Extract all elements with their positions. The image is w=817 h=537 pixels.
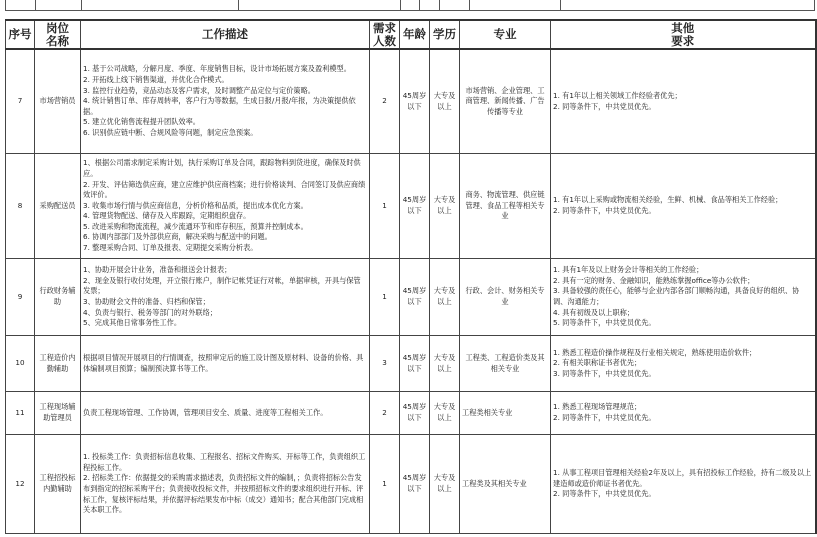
header-headcount: 需求 人数 [370,20,400,49]
row-position: 工程造价内勤辅助 [35,336,81,392]
row-description: 根据项目情况开展项目的行情调查，按照审定后的施工设计图及原材料、设备的价格、具体… [81,336,370,392]
row-age: 45周岁以下 [400,336,430,392]
row-headcount: 3 [370,336,400,392]
table-row: 10 工程造价内勤辅助 根据项目情况开展项目的行情调查，按照审定后的施工设计图及… [6,336,816,392]
table-row: 8 采购配送员 1、根据公司需求制定采购计划，执行采购订单及合同，跟踪物料到货进… [6,154,816,259]
row-description: 1. 投标类工作：负责招标信息收集、工程报名、招标文件购买、开标等工作，负责组织… [81,435,370,534]
table-row: 11 工程现场辅助管理员 负责工程现场管理、工作协调，管理项目安全、质量、进度等… [6,392,816,435]
row-age: 45周岁以下 [400,154,430,259]
job-requirements-table: 序号 岗位 名称 工作描述 需求 人数 年龄 学历 专业 其他 要求 7 市场营… [5,19,817,534]
row-major: 市场营销、企业管理、工商管理、新闻传播、广告传播等专业 [460,49,551,154]
row-major: 商务、物流管理、供应链管理、食品工程等相关专业 [460,154,551,259]
table-header-row: 序号 岗位 名称 工作描述 需求 人数 年龄 学历 专业 其他 要求 [6,20,816,49]
row-index: 8 [6,154,35,259]
row-index: 12 [6,435,35,534]
row-education: 大专及以上 [430,259,460,336]
row-major: 行政、会计、财务相关专业 [460,259,551,336]
row-index: 7 [6,49,35,154]
row-age: 45周岁以下 [400,49,430,154]
row-position: 行政财务辅助 [35,259,81,336]
row-other: 1. 熟悉工程现场管理规范； 2. 同等条件下，中共党员优先。 [551,392,816,435]
row-position: 采购配送员 [35,154,81,259]
header-major: 专业 [460,20,551,49]
header-description: 工作描述 [81,20,370,49]
row-other: 1. 具有1年及以上财务会计等相关的工作经验； 2. 具有一定的财务、金融知识，… [551,259,816,336]
table-row: 9 行政财务辅助 1、协助开展会计业务，准备和报送会计报表； 2、现金及银行收付… [6,259,816,336]
header-index: 序号 [6,20,35,49]
row-other: 1. 从事工程项目管理相关经验2年及以上，具有招投标工作经验，持有二级及以上建造… [551,435,816,534]
previous-page-row-fragment [5,0,815,11]
row-position: 工程招投标内勤辅助 [35,435,81,534]
header-position: 岗位 名称 [35,20,81,49]
row-age: 45周岁以下 [400,392,430,435]
row-education: 大专及以上 [430,336,460,392]
row-major: 工程类相关专业 [460,392,551,435]
row-index: 9 [6,259,35,336]
row-description: 1、根据公司需求制定采购计划，执行采购订单及合同，跟踪物料到货进度，确保及时供应… [81,154,370,259]
row-position: 工程现场辅助管理员 [35,392,81,435]
row-age: 45周岁以下 [400,435,430,534]
row-major: 工程类、工程造价类及其相关专业 [460,336,551,392]
header-age: 年龄 [400,20,430,49]
row-age: 45周岁以下 [400,259,430,336]
row-education: 大专及以上 [430,435,460,534]
row-other: 1. 有1年以上相关领域工作经验者优先； 2. 同等条件下，中共党员优先。 [551,49,816,154]
table-row: 7 市场营销员 1. 基于公司战略，分解月度、季度、年度销售目标，设计市场拓展方… [6,49,816,154]
row-other: 1. 熟悉工程造价操作规程及行业相关规定，熟练使用造价软件； 2. 有相关职称证… [551,336,816,392]
row-education: 大专及以上 [430,392,460,435]
row-index: 11 [6,392,35,435]
row-headcount: 1 [370,259,400,336]
table-row: 12 工程招投标内勤辅助 1. 投标类工作：负责招标信息收集、工程报名、招标文件… [6,435,816,534]
row-index: 10 [6,336,35,392]
row-headcount: 1 [370,435,400,534]
row-description: 1. 基于公司战略，分解月度、季度、年度销售目标，设计市场拓展方案及盈利模型。 … [81,49,370,154]
row-other: 1. 有1年以上采购或物流相关经验，生鲜、机械、食品等相关工作经验； 2. 同等… [551,154,816,259]
row-education: 大专及以上 [430,154,460,259]
header-other: 其他 要求 [551,20,816,49]
row-description: 负责工程现场管理、工作协调，管理项目安全、质量、进度等工程相关工作。 [81,392,370,435]
header-education: 学历 [430,20,460,49]
row-headcount: 1 [370,154,400,259]
row-position: 市场营销员 [35,49,81,154]
row-headcount: 2 [370,392,400,435]
row-headcount: 2 [370,49,400,154]
row-major: 工程类及其相关专业 [460,435,551,534]
row-description: 1、协助开展会计业务，准备和报送会计报表； 2、现金及银行收付处理，开立银行账户… [81,259,370,336]
row-education: 大专及以上 [430,49,460,154]
